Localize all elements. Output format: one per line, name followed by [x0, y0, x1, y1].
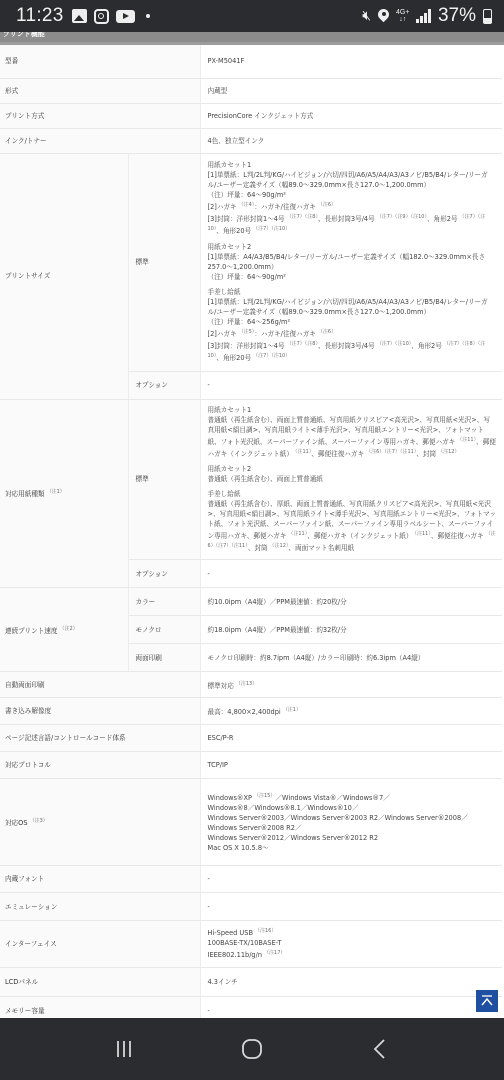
cassette1-group: 用紙カセット1 [1]単票紙：L判/2L判/KG/ハイビジョン/六切/四切/A6… — [208, 160, 497, 237]
row-label: 書き込み解像度 — [0, 698, 200, 725]
table-row: 対応用紙種類（注1） 標準 用紙カセット1 普通紙（再生紙含む）、両面上質普通紙… — [0, 399, 502, 560]
table-row: 対応プロトコル TCP/IP — [0, 752, 502, 779]
table-row: 内蔵フォント - — [0, 866, 502, 893]
spec-line: [3]封筒：洋形封筒1～4号（注7）（注8）、長形封筒3号/4号（注7）（注10… — [208, 339, 497, 363]
paper-types-standard: 用紙カセット1 普通紙（再生紙含む）、両面上質普通紙、写真用紙クリスピア<高光沢… — [200, 399, 502, 560]
spec-line: [2]ハガキ（注5）：ハガキ/往復ハガキ（注6） — [208, 327, 497, 339]
table-row: メモリー容量 - — [0, 996, 502, 1018]
spec-line: Windows®XP（注15）／Windows Vista®／Windows®7… — [208, 791, 497, 803]
spec-line: （注）坪量：64～90g/m² — [208, 190, 497, 200]
spec-line: 普通紙（再生紙含む）、厚紙、両面上質普通紙、写真用紙クリスピア<高光沢>、写真用… — [208, 499, 497, 553]
cassette2-group: 用紙カセット2 [1]単票紙：A4/A3/B5/B4/レター/リーガル/ユーザー… — [208, 242, 497, 282]
row-value: - — [200, 371, 502, 399]
row-label: 対応OS（注3） — [0, 779, 200, 866]
spec-line: Hi-Speed USB（注16） — [208, 926, 497, 938]
spec-line: Windows Server®2003／Windows Server®2003 … — [208, 813, 497, 833]
spec-line: 100BASE-TX/10BASE-T — [208, 938, 497, 948]
group-title: 用紙カセット1 — [208, 160, 497, 170]
spec-line: Mac OS X 10.5.8～ — [208, 843, 497, 853]
group-title: 用紙カセット2 — [208, 464, 497, 474]
table-row: プリント方式 PrecisionCore インクジェット方式 — [0, 103, 502, 128]
table-row: エミュレーション - — [0, 893, 502, 921]
row-value: ESC/P-R — [200, 725, 502, 752]
spec-line: [1]単票紙：L判/2L判/KG/ハイビジョン/六切/四切/A6/A5/A4/A… — [208, 297, 497, 317]
cassette1-group: 用紙カセット1 普通紙（再生紙含む）、両面上質普通紙、写真用紙クリスピア<高光沢… — [208, 405, 497, 459]
row-value: 約10.0ipm（A4縦）／PPM最速値：約20枚/分 — [200, 588, 502, 616]
spec-line: [1]単票紙：A4/A3/B5/B4/レター/リーガル/ユーザー定義サイズ（幅1… — [208, 252, 497, 272]
back-icon — [372, 1038, 388, 1060]
row-value: 最高：4,800×2,400dpi（注1） — [200, 698, 502, 725]
row-value: PX-M5041F — [200, 45, 502, 78]
notification-dot-icon — [146, 14, 150, 18]
home-icon — [241, 1038, 263, 1060]
instagram-icon — [94, 9, 109, 24]
table-row: プリントサイズ 標準 用紙カセット1 [1]単票紙：L判/2L判/KG/ハイビジ… — [0, 153, 502, 371]
spec-line: [1]単票紙：L判/2L判/KG/ハイビジョン/六切/四切/A6/A5/A4/A… — [208, 170, 497, 190]
row-value: 標準対応（注13） — [200, 672, 502, 698]
row-value: 内蔵型 — [200, 78, 502, 103]
web-page[interactable]: プリント機能 型番 PX-M5041F 形式 内蔵型 プリント方式 Precis… — [0, 32, 504, 1018]
interface-list: Hi-Speed USB（注16） 100BASE-TX/10BASE-T IE… — [200, 921, 502, 967]
spec-line: （注）坪量：64～256g/m² — [208, 317, 497, 327]
system-nav-bar — [0, 1018, 504, 1080]
row-label: 型番 — [0, 45, 200, 78]
row-value: 約18.0ipm（A4縦）／PPM最速値：約32枚/分 — [200, 616, 502, 644]
group-title: 用紙カセット2 — [208, 242, 497, 252]
home-button[interactable] — [232, 1029, 272, 1069]
row-value: モノクロ印刷時：約8.7ipm（A4縦）/カラー印刷時：約6.3ipm（A4縦） — [200, 644, 502, 672]
row-label: 連続プリント速度（注2） — [0, 588, 128, 672]
row-label: 自動両面印刷 — [0, 672, 200, 698]
table-row: 形式 内蔵型 — [0, 78, 502, 103]
recent-apps-icon — [114, 1039, 134, 1059]
status-time: 11:23 — [16, 5, 64, 27]
sub-label: モノクロ — [128, 616, 200, 644]
row-label: 内蔵フォント — [0, 866, 200, 893]
table-row: インターフェイス Hi-Speed USB（注16） 100BASE-TX/10… — [0, 921, 502, 967]
group-title: 手差し給紙 — [208, 287, 497, 297]
table-row: 型番 PX-M5041F — [0, 45, 502, 78]
row-value: - — [200, 560, 502, 588]
spec-line: 普通紙（再生紙含む）、両面上質普通紙、写真用紙クリスピア<高光沢>、写真用紙<光… — [208, 415, 497, 459]
os-list: Windows®XP（注15）／Windows Vista®／Windows®7… — [200, 779, 502, 866]
spec-line: [2]ハガキ（注4）：ハガキ/往復ハガキ（注6） — [208, 200, 497, 212]
row-label: プリントサイズ — [0, 153, 128, 399]
battery-icon — [483, 9, 492, 24]
location-icon — [378, 9, 389, 23]
sub-label: オプション — [128, 560, 200, 588]
row-label: インク/トナー — [0, 128, 200, 153]
youtube-icon — [116, 10, 135, 23]
spec-line: Windows®8／Windows®8.1／Windows®10／ — [208, 803, 497, 813]
row-value: TCP/IP — [200, 752, 502, 779]
cassette2-group: 用紙カセット2 普通紙（再生紙含む）、両面上質普通紙 — [208, 464, 497, 484]
table-row: 対応OS（注3） Windows®XP（注15）／Windows Vista®／… — [0, 779, 502, 866]
table-row: 書き込み解像度 最高：4,800×2,400dpi（注1） — [0, 698, 502, 725]
row-value: PrecisionCore インクジェット方式 — [200, 103, 502, 128]
scroll-to-top-button[interactable] — [476, 990, 498, 1012]
table-row: 連続プリント速度（注2） カラー 約10.0ipm（A4縦）／PPM最速値：約2… — [0, 588, 502, 616]
table-row: ページ記述言語/コントロールコード体系 ESC/P-R — [0, 725, 502, 752]
spec-line: [3]封筒：洋形封筒1～4号（注7）（注8）、長形封筒3号/4号（注7）（注9）… — [208, 212, 497, 236]
sub-label: カラー — [128, 588, 200, 616]
row-label: エミュレーション — [0, 893, 200, 921]
table-row: 自動両面印刷 標準対応（注13） — [0, 672, 502, 698]
row-value: - — [200, 996, 502, 1018]
row-label: ページ記述言語/コントロールコード体系 — [0, 725, 200, 752]
table-row: インク/トナー 4色、独立型インク — [0, 128, 502, 153]
spec-line: （注）坪量：64～90g/m² — [208, 272, 497, 282]
row-label: 対応プロトコル — [0, 752, 200, 779]
status-bar: 11:23 🔇︎ 4G+↓↑ 37% — [0, 0, 504, 32]
chevron-up-icon — [480, 994, 494, 1008]
network-type: 4G+↓↑ — [396, 9, 409, 23]
manual-feed-group: 手差し給紙 [1]単票紙：L判/2L判/KG/ハイビジョン/六切/四切/A6/A… — [208, 287, 497, 364]
row-label: 対応用紙種類（注1） — [0, 399, 128, 588]
sub-label: 標準 — [128, 153, 200, 371]
row-label: 形式 — [0, 78, 200, 103]
spec-table: 型番 PX-M5041F 形式 内蔵型 プリント方式 PrecisionCore… — [0, 45, 502, 1018]
group-title: 手差し給紙 — [208, 489, 497, 499]
section-header: プリント機能 — [0, 32, 504, 45]
row-label: インターフェイス — [0, 921, 200, 967]
spec-line: IEEE802.11b/g/n（注17） — [208, 948, 497, 960]
row-value: 4色、独立型インク — [200, 128, 502, 153]
manual-feed-group: 手差し給紙 普通紙（再生紙含む）、厚紙、両面上質普通紙、写真用紙クリスピア<高光… — [208, 489, 497, 553]
gallery-icon — [72, 9, 87, 23]
table-row: LCDパネル 4.3インチ — [0, 967, 502, 996]
sub-label: 両面印刷 — [128, 644, 200, 672]
back-button[interactable] — [360, 1029, 400, 1069]
row-value: - — [200, 893, 502, 921]
row-label: LCDパネル — [0, 967, 200, 996]
row-value: 4.3インチ — [200, 967, 502, 996]
recent-apps-button[interactable] — [104, 1029, 144, 1069]
row-label: メモリー容量 — [0, 996, 200, 1018]
signal-icon — [416, 9, 431, 23]
spec-line: Windows Server®2012／Windows Server®2012 … — [208, 833, 497, 843]
sub-label: 標準 — [128, 399, 200, 560]
row-value: - — [200, 866, 502, 893]
group-title: 用紙カセット1 — [208, 405, 497, 415]
battery-percent: 37% — [438, 5, 476, 27]
section-title: プリント機能 — [3, 32, 45, 38]
sub-label: オプション — [128, 371, 200, 399]
print-size-standard: 用紙カセット1 [1]単票紙：L判/2L判/KG/ハイビジョン/六切/四切/A6… — [200, 153, 502, 371]
row-label: プリント方式 — [0, 103, 200, 128]
spec-line: 普通紙（再生紙含む）、両面上質普通紙 — [208, 474, 497, 484]
mute-icon: 🔇︎ — [362, 8, 371, 24]
